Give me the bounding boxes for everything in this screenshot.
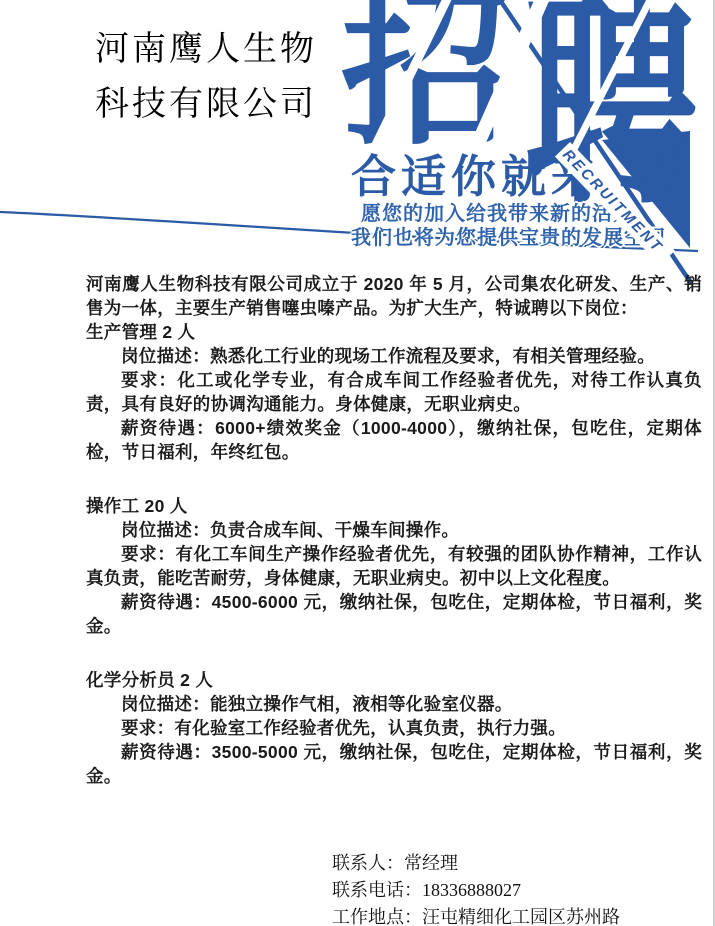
job-title: 生产管理 2 人 <box>86 320 702 344</box>
job-title: 化学分析员 2 人 <box>86 668 702 692</box>
job-salary: 薪资待遇：3500-5000 元，缴纳社保，包吃住，定期体检，节日福利，奖金。 <box>86 740 702 788</box>
job-description: 岗位描述：负责合成车间、干燥车间操作。 <box>86 518 702 542</box>
job-section-production-manager: 生产管理 2 人 岗位描述：熟悉化工行业的现场工作流程及要求，有相关管理经验。 … <box>86 320 702 464</box>
contact-address: 工作地点：汪屯精细化工园区苏州路 <box>332 904 620 926</box>
poster-body: 河南鹰人生物科技有限公司成立于 2020 年 5 月，公司集农化研发、生产、销售… <box>86 272 702 818</box>
job-requirements: 要求：有化工车间生产操作经验者优先，有较强的团队协作精神，工作认真负责，能吃苦耐… <box>86 542 702 590</box>
job-requirements: 要求：有化验室工作经验者优先，认真负责，执行力强。 <box>86 716 702 740</box>
job-requirements: 要求：化工或化学专业，有合成车间工作经验者优先，对待工作认真负责，具有良好的协调… <box>86 368 702 416</box>
job-section-chemical-analyst: 化学分析员 2 人 岗位描述：能独立操作气相，液相等化验室仪器。 要求：有化验室… <box>86 668 702 788</box>
company-name: 河南鹰人生物 科技有限公司 <box>95 22 317 132</box>
recruitment-poster-page: 河南鹰人生物 科技有限公司 招 聘 合适你就来 愿您的加入给我带来新的活力 我们… <box>0 0 715 926</box>
contact-person: 联系人：常经理 <box>332 850 620 877</box>
job-section-operator: 操作工 20 人 岗位描述：负责合成车间、干燥车间操作。 要求：有化工车间生产操… <box>86 494 702 638</box>
contact-phone: 联系电话：18336888027 <box>332 877 620 904</box>
company-name-line1: 河南鹰人生物 <box>95 22 317 77</box>
job-description: 岗位描述：能独立操作气相，液相等化验室仪器。 <box>86 692 702 716</box>
company-name-line2: 科技有限公司 <box>95 77 317 132</box>
banner-slogan-line2: 我们也将为您提供宝贵的发展空间 <box>351 221 666 250</box>
job-salary: 薪资待遇：4500-6000 元，缴纳社保，包吃住，定期体检，节日福利，奖金。 <box>86 590 702 638</box>
contact-block: 联系人：常经理 联系电话：18336888027 工作地点：汪屯精细化工园区苏州… <box>332 850 620 926</box>
job-salary: 薪资待遇：6000+绩效奖金（1000-4000），缴纳社保，包吃住，定期体检，… <box>86 416 702 464</box>
job-description: 岗位描述：熟悉化工行业的现场工作流程及要求，有相关管理经验。 <box>86 344 702 368</box>
intro-paragraph: 河南鹰人生物科技有限公司成立于 2020 年 5 月，公司集农化研发、生产、销售… <box>86 272 702 320</box>
job-title: 操作工 20 人 <box>86 494 702 518</box>
